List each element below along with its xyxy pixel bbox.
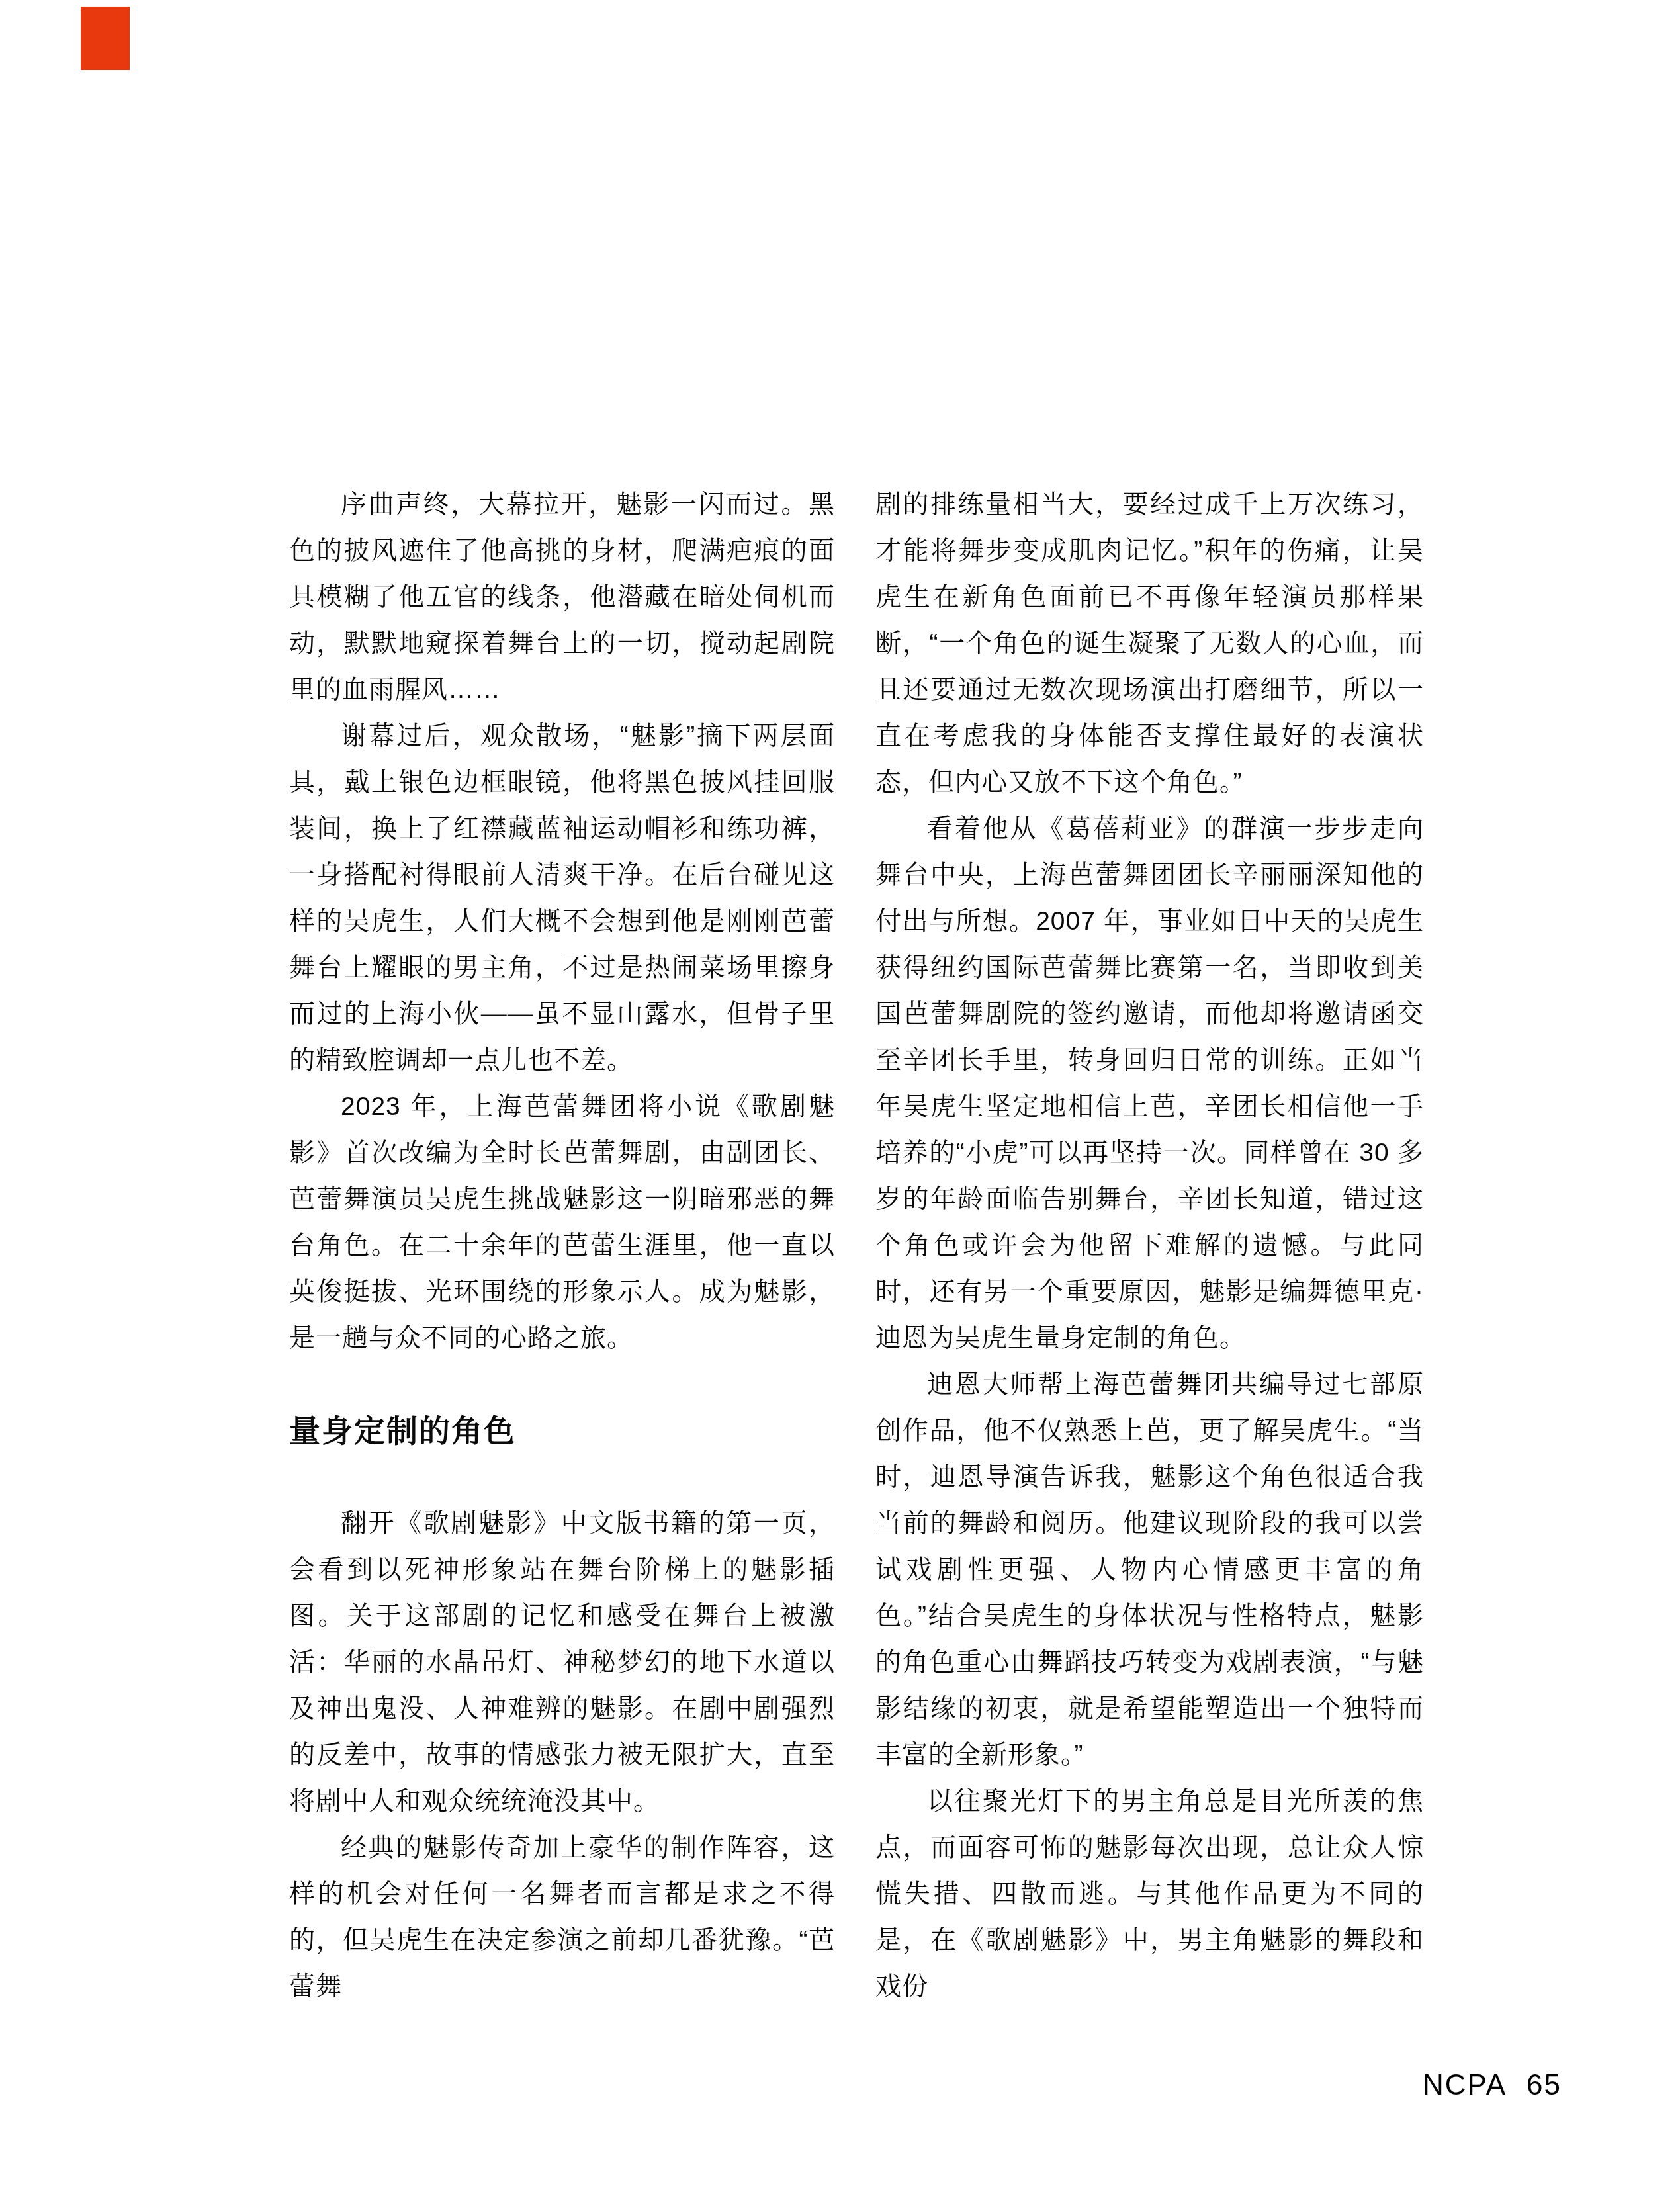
article-paragraph: 翻开《歌剧魅影》中文版书籍的第一页，会看到以死神形象站在舞台阶梯上的魅影插图。关… [289,1501,835,1825]
footer-page-number: 65 [1526,2069,1562,2101]
article-column-right: 剧的排练量相当大，要经过成千上万次练习，才能将舞步变成肌肉记忆。”积年的伤痛，让… [875,482,1424,2010]
article-paragraph: 以往聚光灯下的男主角总是目光所羡的焦点，而面容可怖的魅影每次出现，总让众人惊慌失… [875,1778,1424,2010]
article-column-left: 序曲声终，大幕拉开，魅影一闪而过。黑色的披风遮住了他高挑的身材，爬满疤痕的面具模… [289,482,835,2010]
page-corner-marker [81,7,130,70]
article-paragraph: 经典的魅影传奇加上豪华的制作阵容，这样的机会对任何一名舞者而言都是求之不得的，但… [289,1825,835,2010]
magazine-page: 序曲声终，大幕拉开，魅影一闪而过。黑色的披风遮住了他高挑的身材，爬满疤痕的面具模… [0,0,1680,2188]
article-paragraph: 序曲声终，大幕拉开，魅影一闪而过。黑色的披风遮住了他高挑的身材，爬满疤痕的面具模… [289,482,835,713]
page-footer: NCPA65 [1423,2070,1562,2101]
footer-brand: NCPA [1423,2069,1507,2101]
article-paragraph: 2023 年，上海芭蕾舞团将小说《歌剧魅影》首次改编为全时长芭蕾舞剧，由副团长、… [289,1084,835,1362]
article-paragraph: 迪恩大师帮上海芭蕾舞团共编导过七部原创作品，他不仅熟悉上芭，更了解吴虎生。“当时… [875,1362,1424,1778]
section-heading: 量身定制的角色 [289,1408,835,1454]
article-paragraph: 看着他从《葛蓓莉亚》的群演一步步走向舞台中央，上海芭蕾舞团团长辛丽丽深知他的付出… [875,806,1424,1362]
article-paragraph: 剧的排练量相当大，要经过成千上万次练习，才能将舞步变成肌肉记忆。”积年的伤痛，让… [875,482,1424,806]
article-paragraph: 谢幕过后，观众散场，“魅影”摘下两层面具，戴上银色边框眼镜，他将黑色披风挂回服装… [289,713,835,1084]
